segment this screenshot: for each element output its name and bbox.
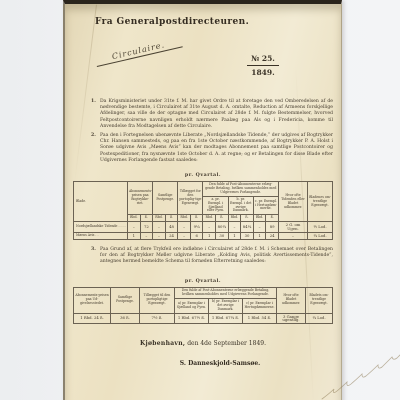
unit-cell: ß. (241, 215, 254, 222)
frequency-cell: 2 G. om Ugen. (279, 222, 308, 233)
table-row: Nordsjællandske Tidende . . . . – 72 – 4… (74, 222, 333, 233)
dateline: Kjøbenhavn, den 4de September 1849. (65, 340, 341, 347)
table-cell: – (178, 222, 191, 233)
newspaper-name-cell: Nordsjællandske Tidende . . . . (74, 222, 128, 233)
table-subheader-cell: a) pr. Exemplar i Sjælland og Fyen. (175, 298, 209, 313)
paragraph-3: 3. Paa Grund af, at flere Trykfeil ere i… (91, 247, 333, 266)
table-cell: 1 (203, 233, 216, 240)
unit-cell: Rbd. (228, 215, 241, 222)
frequency-cell: 3 Gange ugentlig. (277, 313, 306, 324)
table-cell: 1 Rbd. 24 ß. (74, 313, 111, 324)
circulaire-label: Circulaire. (95, 36, 183, 67)
unit-cell: Rbd. (178, 215, 191, 222)
table-cell: – (228, 222, 241, 233)
newspaper-rates-table-1: Blade. Abonnements-prisen paa Bogtrykke-… (73, 181, 333, 240)
unit-cell: Rbd. (153, 215, 166, 222)
table-header-cell: Abonnements-prisen paa Bogtrykke-riet. (128, 182, 153, 215)
table-subheader-cell: c) pr. Exemplar i Hertugdømmerne. (243, 298, 277, 313)
unit-cell: Rbd. (253, 215, 266, 222)
table-cell: 30 (216, 233, 229, 240)
table-cell: 89 (266, 222, 279, 233)
dateline-date: den 4de September 1849. (187, 340, 266, 347)
table-subheader-cell: c. pr. Exempl. i Hertugdøm-merne. (253, 196, 278, 215)
weight-cell: ½ Lod. (308, 222, 333, 233)
paragraph-number: 2. (91, 133, 100, 164)
table-header-cell: Tillægget for den portoplig-tige Egenvæg… (178, 182, 203, 215)
table-cell: 84¼ (241, 222, 254, 233)
table-cell: – (140, 233, 153, 240)
circular-number: № 25. (243, 54, 283, 63)
table-subheader-cell: a. pr. Exempl. i Sjælland eller Fyen. (203, 196, 228, 215)
table-cell: – (178, 233, 191, 240)
paragraph-2: 2. Paa den i Fortegnelsen ubenævnte Libe… (91, 133, 333, 164)
table-row: Møens Avis . . 1 – – 24 – 6 1 30 1 30 1 … (74, 233, 333, 240)
unit-cell: ß. (216, 215, 229, 222)
auction-photo-canvas: { "document": { "masthead": "Fra General… (0, 0, 400, 400)
table-header-cell: Samtlige Postpenge. (111, 288, 140, 314)
table-header-cell: Hvor ofte Tidenden eller Bladet udkommer… (279, 182, 308, 222)
newspaper-name-cell: Møens Avis . . (74, 233, 128, 240)
table-header-cell: Den fulde af Post-Abonnenterne erlæg-gen… (203, 182, 279, 197)
unit-cell: ß. (165, 215, 178, 222)
table-header-cell: Den fulde af Post-Abonnenterne erlæggend… (175, 288, 277, 299)
circular-number-block: № 25. 1849. (243, 54, 283, 77)
table-subheader-cell: b) pr. Exemplar i det øvrige Danmark. (209, 298, 243, 313)
table-header-cell: Bladenes om-trentlige Egenvægt. (308, 182, 333, 222)
table-header-cell: Samtlige Postpenge. (153, 182, 178, 215)
table-cell: 1 (228, 233, 241, 240)
paragraph-1: 1. Da Krigsministeriet under 31te f. M. … (91, 99, 333, 130)
table-header-cell: Hvor ofte Bladet udkommer. (277, 288, 306, 314)
table-row: 1 Rbd. 24 ß. 36 ß. 7½ ß. 1 Rbd. 67½ ß. 1… (74, 313, 333, 324)
paragraph-number: 1. (91, 99, 100, 130)
paragraph-text: Paa Grund af, at flere Trykfeil ere indl… (100, 247, 333, 266)
table-header-cell: Abonnements-prisen paa Ud-givelsesstedet… (74, 288, 111, 314)
table-1-caption: pr. Qvartal. (65, 172, 341, 178)
table-subheader-cell: b. pr. Exempl. i det øvrige Danmark. (228, 196, 253, 215)
table-cell: 48 (165, 222, 178, 233)
unit-cell: ß. (266, 215, 279, 222)
table-cell: 1 (128, 233, 141, 240)
table-header-cell: Blade. (74, 182, 128, 222)
frequency-cell: – (279, 233, 308, 240)
signature: S. Danneskjold-Samsøe. (145, 360, 295, 367)
table-cell: 7½ ß. (140, 313, 175, 324)
unit-cell: Rbd. (203, 215, 216, 222)
table-cell: – (203, 222, 216, 233)
handwritten-mark (320, 349, 400, 400)
table-cell: 1 Rbd. 67¼ ß. (209, 313, 243, 324)
table-cell: 80¼ (216, 222, 229, 233)
table-cell: – (153, 222, 166, 233)
table-cell: 24 (266, 233, 279, 240)
unit-cell: Rbd. (128, 215, 141, 222)
table-cell: – (128, 222, 141, 233)
table-cell: 1 Rbd. 67½ ß. (175, 313, 209, 324)
weight-cell: ¼ Lod. (306, 313, 333, 324)
table-cell: 1 (253, 233, 266, 240)
dateline-city: Kjøbenhavn, (140, 340, 185, 347)
table-cell: 9¼ (190, 222, 203, 233)
table-cell: 36 ß. (111, 313, 140, 324)
scanned-circular-page: Fra Generalpostdirecteuren. Circulaire. … (63, 0, 342, 400)
unit-cell: ß. (190, 215, 203, 222)
table-cell: 6 (190, 233, 203, 240)
table-2-caption: pr. Qvartal. (65, 278, 341, 284)
weight-cell: ¼ Lod. (308, 233, 333, 240)
table-cell: 24 (165, 233, 178, 240)
table-cell: – (253, 222, 266, 233)
table-cell: – (153, 233, 166, 240)
table-cell: 1 Rbd. 54 ß. (243, 313, 277, 324)
paragraph-text: Da Krigsministeriet under 31te f. M. har… (100, 99, 333, 130)
paragraph-text: Paa den i Fortegnelsen ubenævnte Liberat… (100, 133, 333, 164)
number-divider (247, 65, 279, 66)
paragraph-number: 3. (91, 247, 100, 266)
newspaper-rates-table-2: Abonnements-prisen paa Ud-givelsesstedet… (73, 287, 333, 324)
table-header-cell: Bladets om-trentlige Egenvægt. (306, 288, 333, 314)
table-cell: 72 (140, 222, 153, 233)
circular-year: 1849. (243, 68, 283, 77)
masthead-title: Fra Generalpostdirecteuren. (95, 17, 249, 27)
table-cell: 30 (241, 233, 254, 240)
table-header-cell: Tillægget til den portopligtige Egenvægt… (140, 288, 175, 314)
unit-cell: ß. (140, 215, 153, 222)
